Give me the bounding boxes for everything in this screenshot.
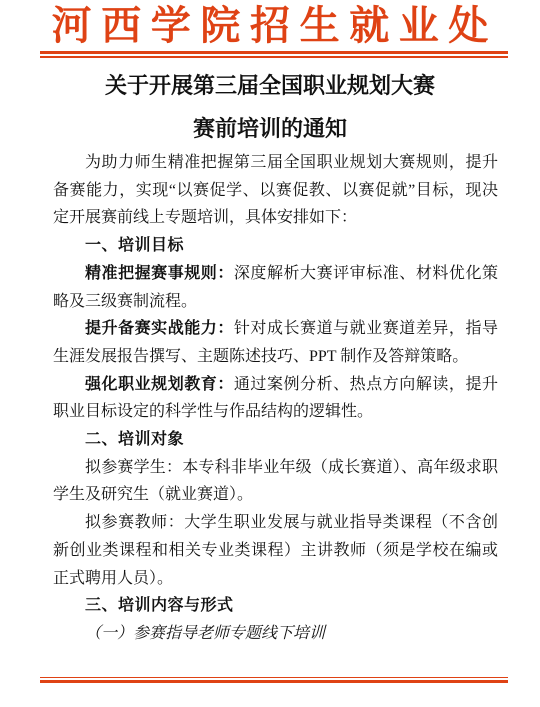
org-name: 河西学院招生就业处 (0, 0, 540, 49)
section3-subheading: （一）参赛指导老师专题线下培训 (53, 620, 498, 648)
section1-item-1: 精准把握赛事规则：深度解析大赛评审标准、材料优化策略及三级赛制流程。 (53, 260, 498, 315)
section2-item-1: 拟参赛学生：本专科非毕业年级（成长赛道）、高年级求职学生及研究生（就业赛道）。 (53, 454, 498, 509)
letterhead: 河西学院招生就业处 (0, 0, 540, 58)
section1-item-1-lead: 精准把握赛事规则： (85, 265, 234, 282)
doc-title-line1: 关于开展第三届全国职业规划大赛 (0, 73, 540, 99)
section-heading-3: 三、培训内容与形式 (53, 592, 498, 620)
header-double-rule (40, 51, 508, 58)
section1-item-2: 提升备赛实战能力：针对成长赛道与就业赛道差异，指导生涯发展报告撰写、主题陈述技巧… (53, 315, 498, 370)
section-heading-1: 一、培训目标 (53, 232, 498, 260)
section1-item-3: 强化职业规划教育：通过案例分析、热点方向解读，提升职业目标设定的科学性与作品结构… (53, 371, 498, 426)
section2-item-2: 拟参赛教师：大学生职业发展与就业指导类课程（不含创新创业类课程和相关专业类课程）… (53, 509, 498, 592)
intro-paragraph: 为助力师生精准把握第三届全国职业规划大赛规则，提升备赛能力，实现“以赛促学、以赛… (53, 149, 498, 232)
section-heading-2: 二、培训对象 (53, 426, 498, 454)
footer-double-rule (40, 677, 508, 683)
section1-item-2-lead: 提升备赛实战能力： (85, 320, 234, 337)
section1-item-3-lead: 强化职业规划教育： (85, 376, 234, 393)
document-page: 河西学院招生就业处 关于开展第三届全国职业规划大赛 赛前培训的通知 为助力师生精… (0, 0, 540, 707)
doc-title-line2: 赛前培训的通知 (0, 116, 540, 142)
doc-body: 为助力师生精准把握第三届全国职业规划大赛规则，提升备赛能力，实现“以赛促学、以赛… (0, 149, 540, 648)
